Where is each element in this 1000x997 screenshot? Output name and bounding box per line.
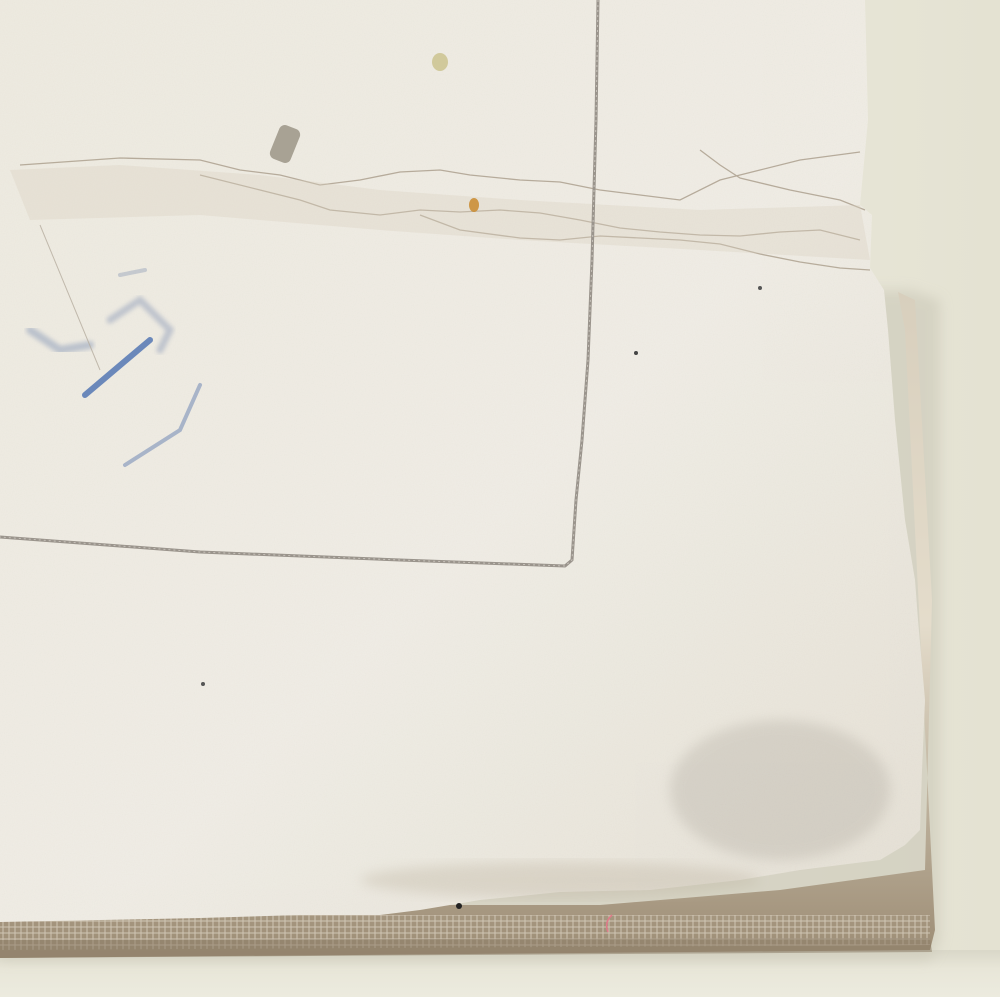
photo-scene: [0, 0, 1000, 997]
stain-olive: [432, 53, 448, 71]
grime-patch: [670, 720, 890, 860]
stain-orange: [469, 198, 479, 212]
paper-photo: [0, 0, 1000, 997]
